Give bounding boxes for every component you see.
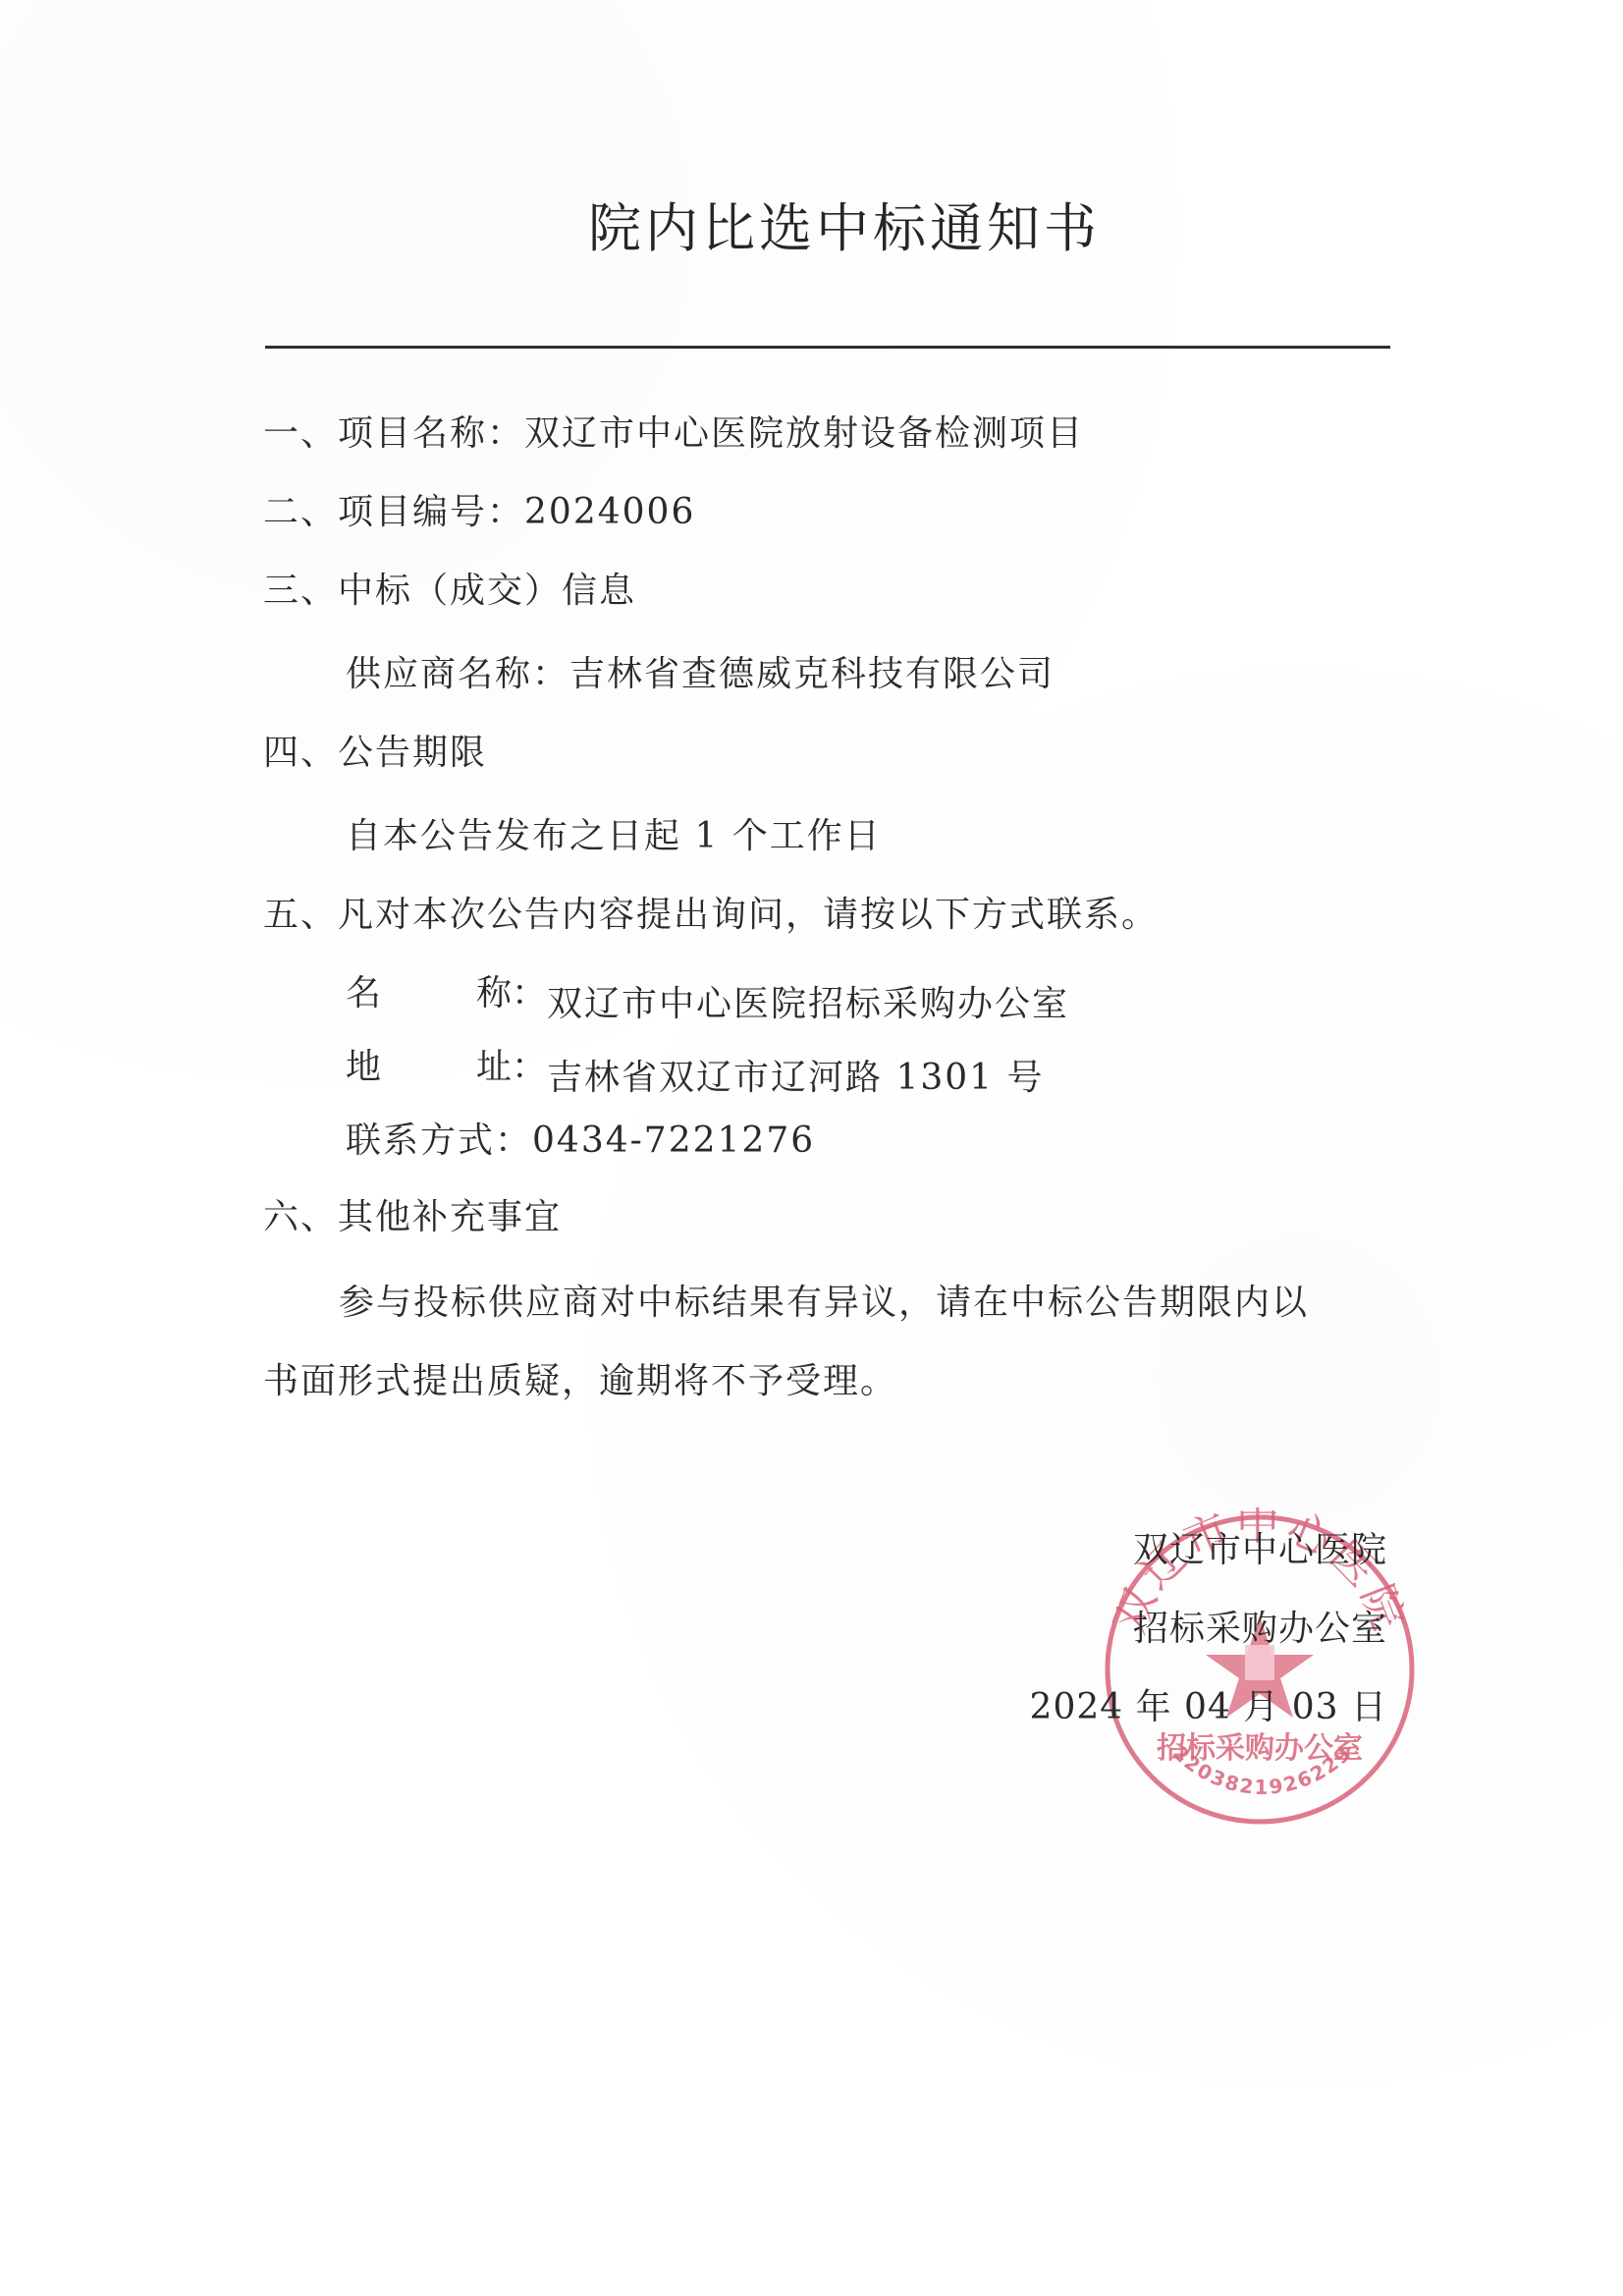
section-award-info: 三、中标（成交）信息 (263, 570, 636, 613)
section-notice-period: 四、公告期限 (263, 732, 487, 775)
field-label: 名称： (346, 972, 547, 1015)
field-label: 地址： (346, 1046, 547, 1089)
section-heading: 凡对本次公告内容提出询问，请按以下方式联系。 (338, 895, 1159, 935)
supplier-name-value: 吉林省查德威克科技有限公司 (569, 654, 1055, 694)
document-title: 院内比选中标通知书 (0, 187, 1623, 262)
supplementary-text-line-1: 参与投标供应商对中标结果有异议，请在中标公告期限内以 (339, 1282, 1309, 1325)
section-number: 五、 (263, 894, 338, 937)
contact-phone-row: 联系方式：0434-7221276 (346, 1120, 815, 1163)
contact-phone-value: 0434-7221276 (532, 1121, 815, 1161)
contact-name-row: 名称：双辽市中心医院招标采购办公室 (346, 972, 1069, 1026)
signature-org-line-2: 招标采购办公室 (1133, 1601, 1387, 1651)
section-project-name: 一、项目名称：双辽市中心医院放射设备检测项目 (263, 412, 1084, 456)
signature-org-line-1: 双辽市中心医院 (1133, 1522, 1387, 1572)
notice-period-text: 自本公告发布之日起 1 个工作日 (346, 815, 882, 858)
section-number: 六、 (263, 1196, 338, 1239)
signature-date: 2024 年 04 月 03 日 (1030, 1679, 1387, 1729)
field-label: 联系方式： (346, 1121, 532, 1161)
document-page: 院内比选中标通知书 一、项目名称：双辽市中心医院放射设备检测项目 二、项目编号：… (0, 0, 1623, 2296)
section-number: 二、 (263, 491, 338, 534)
section-heading: 其他补充事宜 (338, 1197, 562, 1237)
section-number: 三、 (263, 570, 338, 613)
contact-name-value: 双辽市中心医院招标采购办公室 (547, 984, 1069, 1024)
title-divider (265, 346, 1390, 349)
supplier-row: 供应商名称：吉林省查德威克科技有限公司 (346, 653, 1055, 696)
section-contact: 五、凡对本次公告内容提出询问，请按以下方式联系。 (263, 894, 1159, 937)
field-label: 项目编号： (338, 492, 524, 532)
contact-address-value: 吉林省双辽市辽河路 1301 号 (547, 1058, 1045, 1098)
supplementary-text-line-2: 书面形式提出质疑，逾期将不予受理。 (263, 1360, 897, 1403)
project-number-value: 2024006 (524, 492, 695, 532)
section-supplementary: 六、其他补充事宜 (263, 1196, 562, 1239)
section-number: 一、 (263, 412, 338, 456)
section-heading: 中标（成交）信息 (338, 571, 636, 611)
section-heading: 公告期限 (338, 733, 487, 773)
field-label: 供应商名称： (346, 654, 569, 694)
contact-address-row: 地址：吉林省双辽市辽河路 1301 号 (346, 1046, 1045, 1100)
project-name-value: 双辽市中心医院放射设备检测项目 (524, 413, 1084, 454)
section-number: 四、 (263, 732, 338, 775)
field-label: 项目名称： (338, 413, 524, 454)
section-project-number: 二、项目编号：2024006 (263, 491, 695, 534)
